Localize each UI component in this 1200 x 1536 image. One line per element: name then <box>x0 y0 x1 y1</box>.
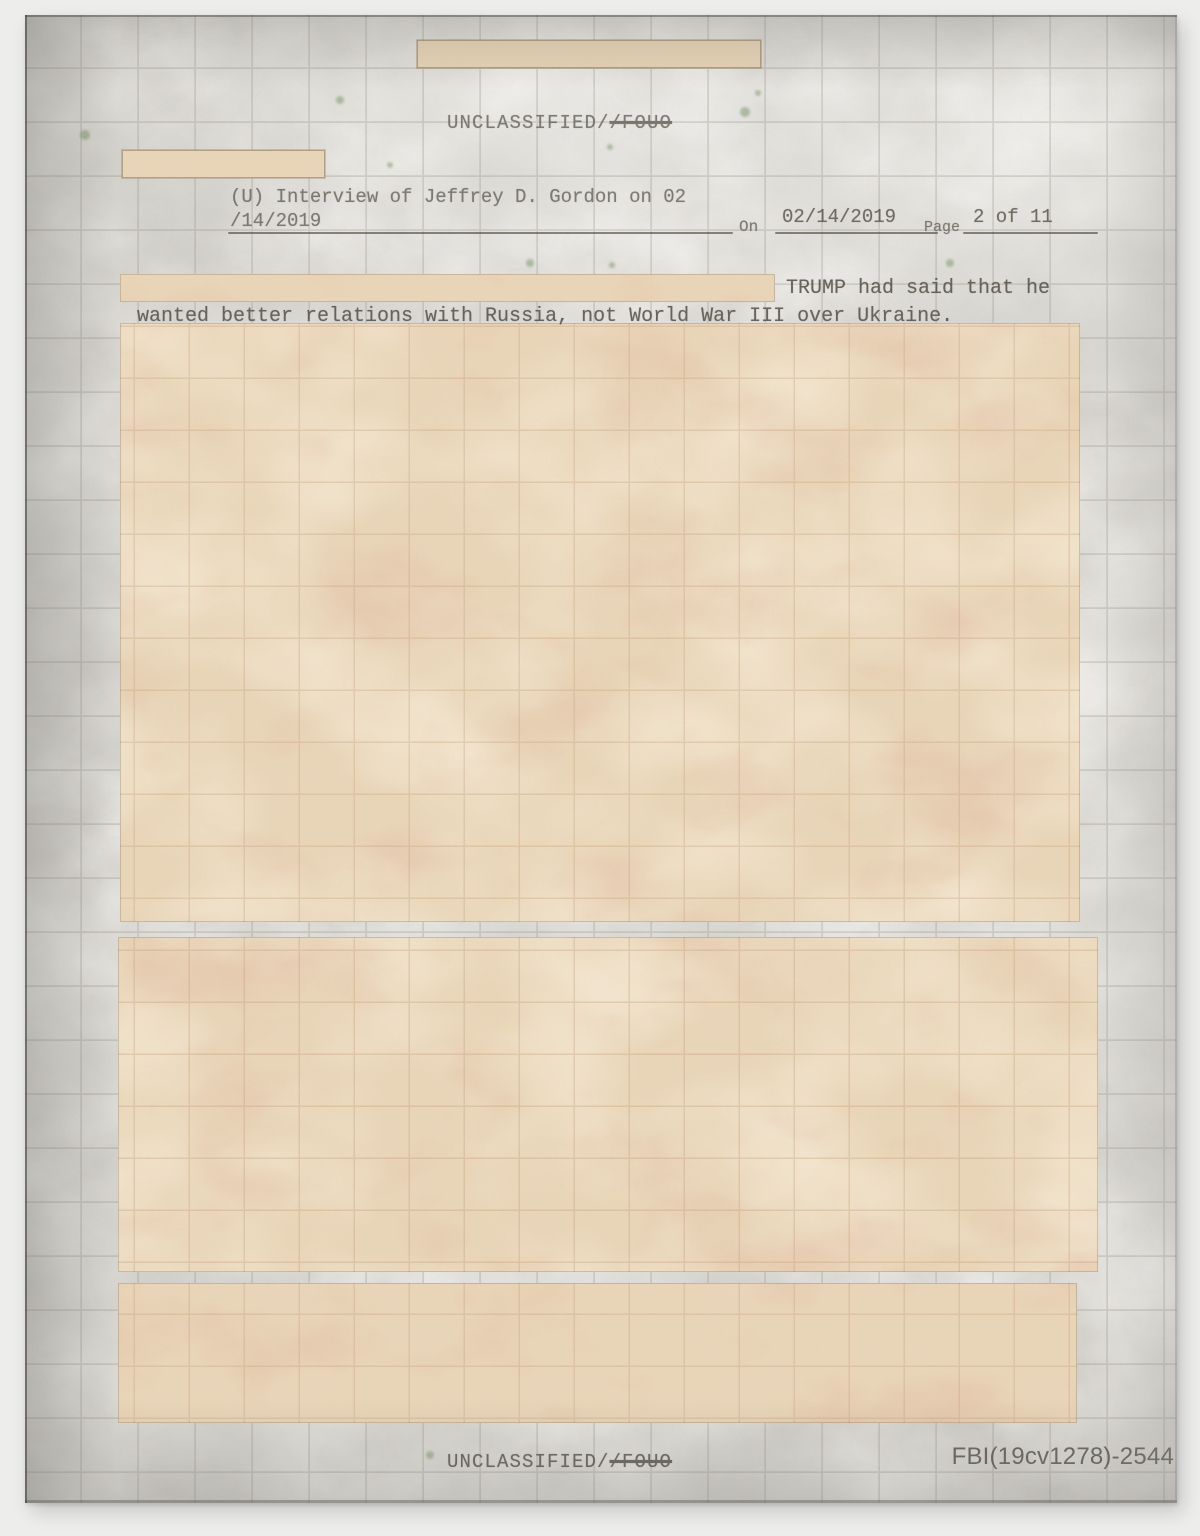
page-field-label: Page <box>924 219 960 236</box>
redaction-block-3 <box>118 1283 1077 1423</box>
redaction-block-1 <box>120 323 1080 922</box>
redaction-block-2 <box>118 937 1098 1272</box>
foia-document-number: FBI(19cv1278)-2544 <box>952 1443 1174 1471</box>
redaction-bar-paragraph-lead <box>120 274 775 302</box>
body-text-line1: TRUMP had said that he <box>786 276 1050 301</box>
header-classification-struck-fouo: /FOUO <box>610 112 673 134</box>
header-classification: UNCLASSIFIED//FOUO <box>447 111 672 135</box>
redaction-bar-synopsis <box>122 150 325 178</box>
page-field-underline <box>963 232 1098 234</box>
title-field-underline <box>228 232 733 234</box>
header-classification-prefix: UNCLASSIFIED/ <box>447 112 610 134</box>
on-field-label: On <box>739 218 758 236</box>
page-field-value: 2 of 11 <box>973 205 1053 229</box>
footer-classification: UNCLASSIFIED//FOUO <box>447 1450 672 1474</box>
date-field-value: 02/14/2019 <box>782 205 896 229</box>
body-text-line2: wanted better relations with Russia, not… <box>137 304 953 329</box>
interview-title-line2: /14/2019 <box>230 209 321 233</box>
footer-classification-prefix: UNCLASSIFIED/ <box>447 1451 610 1473</box>
redaction-bar-top-margin <box>417 40 761 68</box>
interview-title-line1: (U) Interview of Jeffrey D. Gordon on 02 <box>230 185 686 209</box>
date-field-underline <box>775 232 938 234</box>
footer-classification-struck-fouo: /FOUO <box>610 1451 673 1473</box>
photo-backdrop: { "header": { "classification_prefix": "… <box>0 0 1200 1536</box>
painting-canvas: UNCLASSIFIED//FOUO (U) Interview of Jeff… <box>25 15 1177 1503</box>
